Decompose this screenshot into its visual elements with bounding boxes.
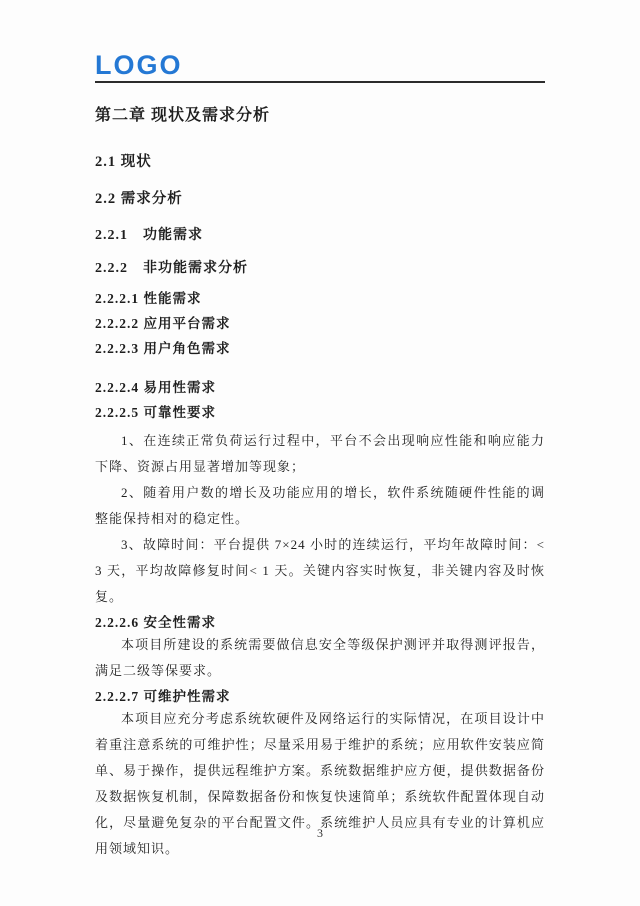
heading-2-2-2-7: 2.2.2.7 可维护性需求 [95,688,545,706]
heading-2-2-2-4: 2.2.2.4 易用性需求 [95,379,545,397]
logo: LOGO [95,52,545,78]
heading-2-2: 2.2 需求分析 [95,190,545,208]
heading-2-2-1: 2.2.1 功能需求 [95,227,545,245]
heading-2-2-2-1: 2.2.2.1 性能需求 [95,290,545,308]
header-rule [95,81,545,83]
chapter-title: 第二章 现状及需求分析 [95,106,545,126]
heading-2-1: 2.1 现状 [95,153,545,171]
heading-2-2-2-3: 2.2.2.3 用户角色需求 [95,340,545,358]
heading-2-2-2: 2.2.2 非功能需求分析 [95,260,545,278]
page-content: LOGO 第二章 现状及需求分析 2.1 现状 2.2 需求分析 2.2.1 功… [0,0,640,862]
paragraph-security: 本项目所建设的系统需要做信息安全等级保护测评并取得测评报告，满足二级等保要求。 [95,632,545,684]
heading-2-2-2-5: 2.2.2.5 可靠性要求 [95,404,545,422]
heading-2-2-2-6: 2.2.2.6 安全性需求 [95,614,545,632]
heading-2-2-2-2: 2.2.2.2 应用平台需求 [95,315,545,333]
paragraph-reliability-1: 1、在连续正常负荷运行过程中，平台不会出现响应性能和响应能力下降、资源占用显著增… [95,428,545,480]
paragraph-reliability-3: 3、故障时间：平台提供 7×24 小时的连续运行，平均年故障时间：< 3 天，平… [95,532,545,610]
document-page: LOGO 第二章 现状及需求分析 2.1 现状 2.2 需求分析 2.2.1 功… [0,0,640,906]
page-number: 3 [0,826,640,841]
paragraph-reliability-2: 2、随着用户数的增长及功能应用的增长，软件系统随硬件性能的调整能保持相对的稳定性… [95,480,545,532]
